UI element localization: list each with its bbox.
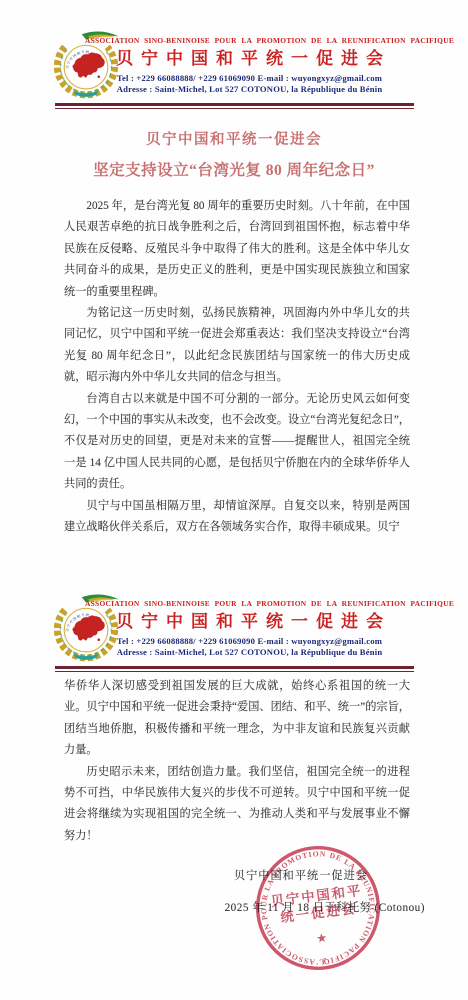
stamp-ring-text: L'ASSOCIATION POUR LA PROMOTION DE LA RE… (243, 833, 383, 975)
address-line: Adresse : Saint-Michel, Lot 527 COTONOU,… (85, 84, 414, 95)
paragraph: 为铭记这一历史时刻，弘扬民族精神，巩固海内外中华儿女的共同记忆，贝宁中国和平统一… (64, 303, 410, 389)
letter-page-1: 贝宁中国和平统一促进会 ASSOCIATION SINO-BENINOISE P… (0, 0, 468, 562)
paragraph: 贝宁与中国虽相隔万里，却情谊深厚。自复交以来，特别是两国建立战略伙伴关系后，双方… (64, 496, 410, 539)
scanned-letter: 贝宁中国和平统一促进会 ASSOCIATION SINO-BENINOISE P… (0, 0, 468, 1000)
contact-line: Tel : +229 66088888/ +229 61069090 E-mai… (85, 73, 414, 84)
letterhead: 贝宁中国和平统一促进会 ASSOCIATION SINO-BENINOISE P… (55, 34, 414, 106)
org-name-french: ASSOCIATION SINO-BENINOISE POUR LA PROMO… (85, 599, 414, 609)
letter-page-2: 贝宁中国和平统一促进会 ASSOCIATION SINO-BENINOISE P… (0, 563, 468, 1000)
letterhead-divider (55, 103, 414, 109)
title-line-2: 坚定支持设立“台湾光复 80 周年纪念日” (0, 158, 468, 180)
paragraph: 2025 年，是台湾光复 80 周年的重要历史时刻。八十年前，在中国人民艰苦卓绝… (64, 196, 410, 303)
letterhead: 贝宁中国和平统一促进会 ASSOCIATION SINO-BENINOISE P… (55, 597, 414, 669)
letter-title: 贝宁中国和平统一促进会 坚定支持设立“台湾光复 80 周年纪念日” (0, 128, 468, 180)
paragraph-continuation: 华侨华人深切感受到祖国发展的巨大成就，始终心系祖国的统一大业。贝宁中国和平统一促… (64, 676, 410, 762)
letter-body-page-2: 华侨华人深切感受到祖国发展的巨大成就，始终心系祖国的统一大业。贝宁中国和平统一促… (64, 676, 410, 847)
title-line-1: 贝宁中国和平统一促进会 (0, 128, 468, 149)
letterhead-divider (55, 666, 414, 672)
address-line: Adresse : Saint-Michel, Lot 527 COTONOU,… (85, 647, 414, 658)
official-round-stamp: L'ASSOCIATION POUR LA PROMOTION DE LA RE… (243, 833, 392, 982)
org-name-french: ASSOCIATION SINO-BENINOISE POUR LA PROMO… (85, 36, 414, 46)
letter-body-page-1: 2025 年，是台湾光复 80 周年的重要历史时刻。八十年前，在中国人民艰苦卓绝… (64, 196, 410, 539)
org-name-chinese: 贝宁中国和平统一促进会 (85, 48, 414, 70)
paragraph: 台湾自古以来就是中国不可分割的一部分。无论历史风云如何变幻，一个中国的事实从未改… (64, 389, 410, 496)
paragraph: 历史昭示未来，团结创造力量。我们坚信，祖国完全统一的进程势不可挡，中华民族伟大复… (64, 762, 410, 848)
stamp-star-icon: ★ (315, 931, 328, 946)
org-name-chinese: 贝宁中国和平统一促进会 (85, 611, 414, 633)
contact-line: Tel : +229 66088888/ +229 61069090 E-mai… (85, 636, 414, 647)
